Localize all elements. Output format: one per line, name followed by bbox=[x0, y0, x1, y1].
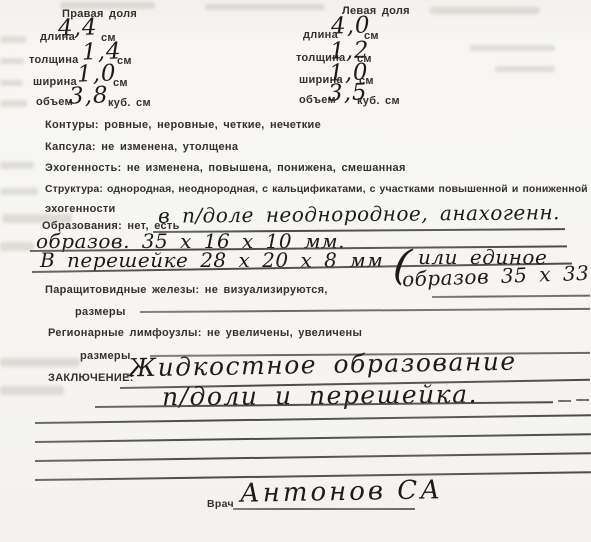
measurement-value-handwritten: 4,4 bbox=[58, 14, 98, 41]
measurement-unit: см bbox=[117, 55, 132, 67]
scanned-ultrasound-report: Правая доля Левая доля длина 4,4 см толщ… bbox=[0, 0, 591, 542]
bleed-through-smudge bbox=[0, 80, 23, 86]
formations-handwritten-line1: в п/доле неоднородное, анахогенн. bbox=[158, 200, 560, 228]
sizes-label: размеры bbox=[80, 350, 131, 362]
bleed-through-smudge bbox=[0, 358, 80, 367]
measurement-label: толщина bbox=[29, 54, 79, 66]
capsule-line: Капсула: не изменена, утолщена bbox=[45, 141, 238, 153]
measurement-unit: куб. см bbox=[357, 95, 400, 107]
parathyroid-line: Паращитовидные железы: не визуализируютс… bbox=[45, 284, 328, 296]
bleed-through-smudge bbox=[205, 4, 325, 10]
conclusion-label: ЗАКЛЮЧЕНИЕ: bbox=[48, 372, 134, 384]
blank-ruled-line bbox=[35, 414, 591, 424]
measurement-unit: см bbox=[113, 77, 128, 89]
bleed-through-smudge bbox=[0, 188, 38, 195]
bleed-through-smudge bbox=[0, 386, 64, 395]
bleed-through-smudge bbox=[470, 45, 555, 51]
measurement-value-handwritten: 3,8 bbox=[69, 82, 109, 109]
contours-line: Контуры: ровные, неровные, четкие, нечет… bbox=[45, 119, 321, 131]
measurement-unit: куб. см bbox=[108, 97, 151, 109]
structure-line-continued: эхогенности bbox=[45, 203, 116, 215]
ruled-line bbox=[140, 308, 590, 313]
bleed-through-smudge bbox=[495, 66, 555, 72]
bleed-through-smudge bbox=[0, 100, 27, 107]
doctor-signature-handwritten: Антонов СА bbox=[240, 475, 443, 509]
sizes-label: размеры bbox=[75, 306, 126, 318]
bleed-through-smudge bbox=[430, 7, 540, 14]
ruled-line bbox=[432, 295, 590, 298]
bleed-through-smudge bbox=[0, 36, 26, 43]
lymph-nodes-line: Регионарные лимфоузлы: не увеличены, уве… bbox=[48, 327, 362, 339]
ruled-line-dash bbox=[576, 399, 589, 401]
ruled-line bbox=[233, 508, 415, 510]
conclusion-handwritten-line1: Жидкостное образование bbox=[128, 347, 517, 383]
blank-ruled-line bbox=[35, 433, 591, 443]
blank-ruled-line bbox=[35, 452, 591, 462]
bleed-through-smudge bbox=[0, 242, 34, 251]
structure-line: Структура: однородная, неоднородная, с к… bbox=[45, 183, 588, 195]
doctor-label: Врач bbox=[207, 498, 234, 510]
measurement-label: объем bbox=[36, 96, 73, 108]
ruled-line-dash bbox=[558, 400, 571, 402]
bleed-through-smudge bbox=[0, 162, 34, 169]
echogenicity-line: Эхогенность: не изменена, повышена, пони… bbox=[45, 162, 406, 174]
bleed-through-smudge bbox=[0, 58, 24, 64]
